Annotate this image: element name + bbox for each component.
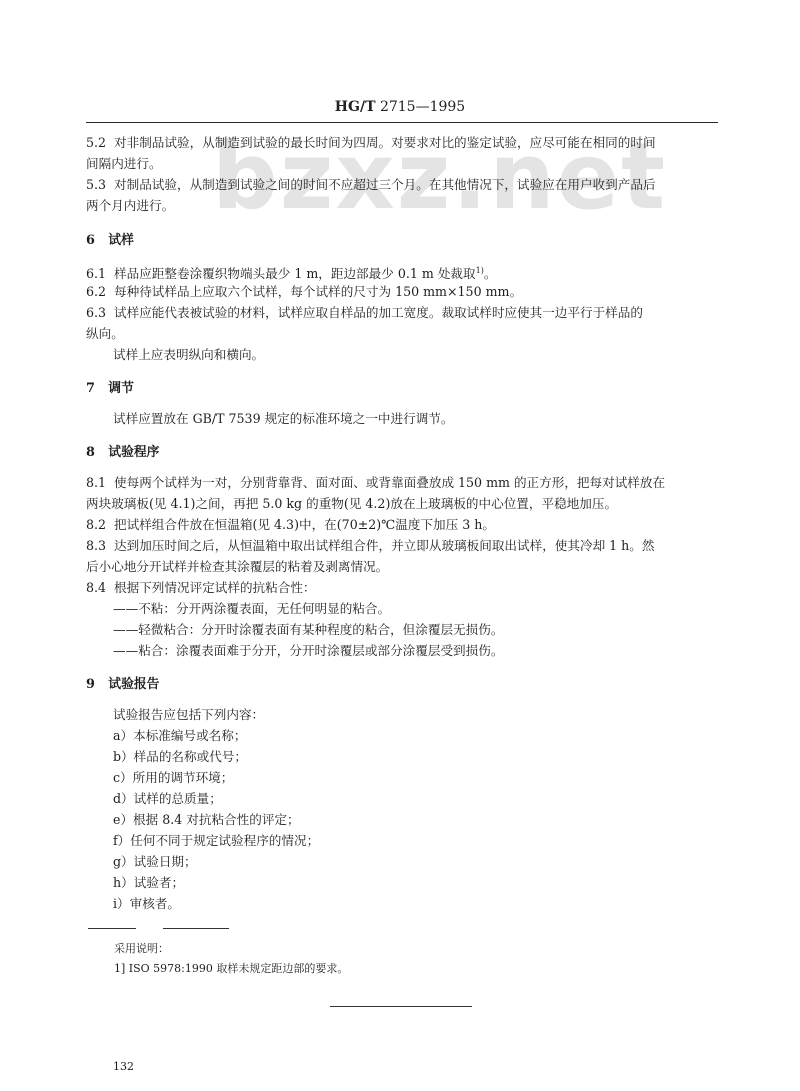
- clause-8-1: 8.1使每两个试样为一对，分别背靠背、面对面、或背靠面叠放成 150 mm 的正…: [86, 474, 665, 492]
- section-number: 6: [86, 233, 95, 248]
- section-title: 试验报告: [108, 677, 159, 692]
- report-item-f: f）任何不同于规定试验程序的情况；: [113, 832, 319, 850]
- clause-5-2-cont: 间隔内进行。: [86, 155, 162, 173]
- clause-number: 6.3: [86, 304, 114, 322]
- footnote-title: 采用说明：: [114, 940, 169, 958]
- section-6-note: 试样上应表明纵向和横向。: [113, 346, 264, 364]
- clause-5-3: 5.3对制品试验，从制造到试验之间的时间不应超过三个月。在其他情况下，试验应在用…: [86, 176, 656, 194]
- section-7-text: 试样应置放在 GB/T 7539 规定的标准环境之一中进行调节。: [113, 410, 454, 428]
- document-page: bzxz.net HG/T 2715—1995 5.2对非制品试验，从制造到试验…: [0, 0, 800, 1091]
- section-6-heading: 6 试样: [86, 232, 134, 250]
- rating-no-stick: ——不粘：分开两涂覆表面，无任何明显的粘合。: [113, 600, 390, 618]
- standard-header: HG/T 2715—1995: [0, 99, 800, 115]
- clause-text: 每种待试样品上应取六个试样，每个试样的尺寸为 150 mm×150 mm。: [114, 284, 522, 299]
- clause-number: 8.3: [86, 537, 114, 555]
- footnote-ref: 1): [476, 266, 484, 275]
- rating-stick: ——粘合：涂覆表面难于分开，分开时涂覆层或部分涂覆层受到损伤。: [113, 642, 503, 660]
- rating-slight-stick: ——轻微粘合：分开时涂覆表面有某种程度的粘合，但涂覆层无损伤。: [113, 621, 503, 639]
- clause-text: 达到加压时间之后，从恒温箱中取出试样组合件，并立即从玻璃板间取出试样，使其冷却 …: [114, 538, 654, 553]
- section-8-heading: 8 试验程序: [86, 444, 159, 462]
- section-number: 7: [86, 381, 95, 396]
- clause-text: 对制品试验，从制造到试验之间的时间不应超过三个月。在其他情况下，试验应在用户收到…: [114, 177, 656, 192]
- standard-number: 2715—1995: [380, 99, 465, 115]
- section-9-heading: 9 试验报告: [86, 676, 159, 694]
- clause-8-3-cont: 后小心地分开试样并检查其涂覆层的粘着及剥离情况。: [86, 558, 388, 576]
- report-item-b: b）样品的名称或代号；: [113, 748, 247, 766]
- footnote-text: 1] ISO 5978:1990 取样未规定距边部的要求。: [114, 960, 348, 978]
- clause-8-2: 8.2把试样组合件放在恒温箱(见 4.3)中，在(70±2)℃温度下加压 3 h…: [86, 516, 495, 534]
- clause-5-2: 5.2对非制品试验，从制造到试验的最长时间为四周。对要求对比的鉴定试验，应尽可能…: [86, 134, 656, 152]
- standard-code: HG/T: [335, 99, 376, 115]
- section-title: 试样: [108, 233, 134, 248]
- report-item-h: h）试验者；: [113, 874, 184, 892]
- section-7-heading: 7 调节: [86, 380, 134, 398]
- clause-number: 6.1: [86, 265, 114, 283]
- report-item-i: i）审核者。: [113, 895, 180, 913]
- report-item-c: c）所用的调节环境；: [113, 769, 233, 787]
- clause-8-4: 8.4根据下列情况评定试样的抗粘合性：: [86, 579, 316, 597]
- clause-number: 8.2: [86, 516, 114, 534]
- footnote-rule-left: [88, 928, 136, 929]
- report-item-g: g）试验日期；: [113, 853, 197, 871]
- section-number: 8: [86, 445, 95, 460]
- clause-8-1-cont: 两块玻璃板(见 4.1)之间，再把 5.0 kg 的重物(见 4.2)放在上玻璃…: [86, 495, 617, 513]
- footnote-rule-right: [163, 928, 229, 929]
- clause-number: 5.3: [86, 176, 114, 194]
- clause-6-3-cont: 纵向。: [86, 325, 124, 343]
- clause-tail: 。: [484, 266, 497, 281]
- clause-text: 把试样组合件放在恒温箱(见 4.3)中，在(70±2)℃温度下加压 3 h。: [114, 517, 495, 532]
- clause-text: 根据下列情况评定试样的抗粘合性：: [114, 580, 316, 595]
- clause-5-3-cont: 两个月内进行。: [86, 197, 174, 215]
- report-intro: 试验报告应包括下列内容：: [113, 706, 264, 724]
- clause-6-2: 6.2每种待试样品上应取六个试样，每个试样的尺寸为 150 mm×150 mm。: [86, 283, 522, 301]
- clause-text: 对非制品试验，从制造到试验的最长时间为四周。对要求对比的鉴定试验，应尽可能在相同…: [114, 135, 656, 150]
- report-item-d: d）试样的总质量；: [113, 790, 222, 808]
- clause-number: 8.1: [86, 474, 114, 492]
- clause-text: 试样应能代表被试验的材料，试样应取自样品的加工宽度。裁取试样时应使其一边平行于样…: [114, 305, 643, 320]
- clause-number: 6.2: [86, 283, 114, 301]
- clause-text: 使每两个试样为一对，分别背靠背、面对面、或背靠面叠放成 150 mm 的正方形，…: [114, 475, 665, 490]
- clause-8-3: 8.3达到加压时间之后，从恒温箱中取出试样组合件，并立即从玻璃板间取出试样，使其…: [86, 537, 654, 555]
- section-title: 试验程序: [108, 445, 159, 460]
- section-title: 调节: [108, 381, 134, 396]
- page-number: 132: [113, 1058, 134, 1076]
- clause-number: 8.4: [86, 579, 114, 597]
- end-rule: [330, 1006, 472, 1007]
- clause-number: 5.2: [86, 134, 114, 152]
- section-number: 9: [86, 677, 95, 692]
- clause-text: 样品应距整卷涂覆织物端头最少 1 m，距边部最少 0.1 m 处裁取: [114, 266, 476, 281]
- report-item-e: e）根据 8.4 对抗粘合性的评定；: [113, 811, 300, 829]
- header-rule: [86, 122, 718, 123]
- clause-6-3: 6.3试样应能代表被试验的材料，试样应取自样品的加工宽度。裁取试样时应使其一边平…: [86, 304, 643, 322]
- clause-6-1: 6.1样品应距整卷涂覆织物端头最少 1 m，距边部最少 0.1 m 处裁取1)。: [86, 262, 496, 283]
- report-item-a: a）本标准编号或名称；: [113, 727, 246, 745]
